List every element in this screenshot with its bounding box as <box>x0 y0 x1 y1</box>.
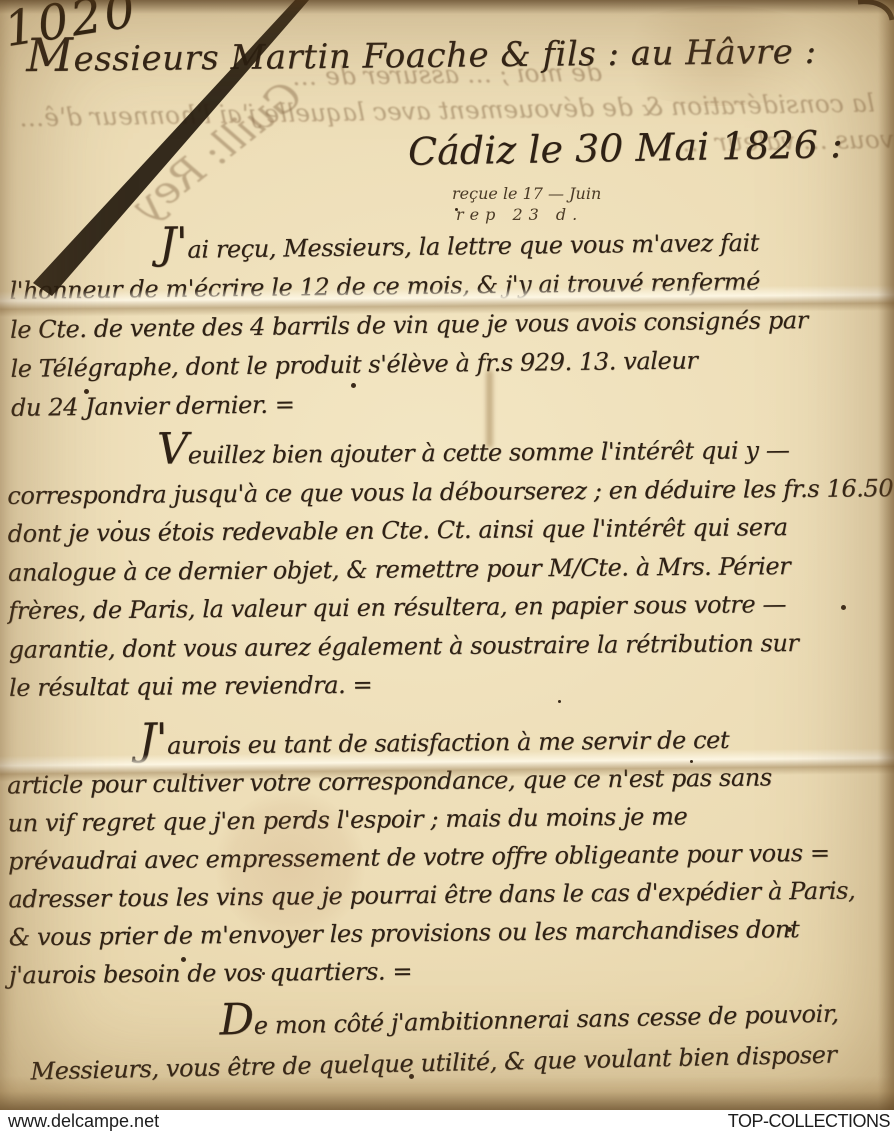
letter-line: j'aurois besoin de vos quartiers. = <box>9 948 856 995</box>
letter-line: le résultat qui me reviendra. = <box>9 661 894 707</box>
watermark-right: TOP-COLLECTIONS <box>728 1111 894 1132</box>
stain <box>600 6 840 106</box>
paper-top-edge <box>0 0 894 14</box>
received-note-line2: rep 23 d. <box>456 205 583 224</box>
dateline: Cádiz le 30 Mai 1826 : <box>408 122 844 174</box>
received-note-line1: reçue le 17 — Juin <box>452 184 601 203</box>
paragraph-3: J'aurois eu tant de satisfaction à me se… <box>7 720 857 995</box>
letter-scan: de moi ; … assurer de … la considération… <box>0 0 894 1132</box>
paragraph-2: Veuillez bien ajouter à cette somme l'in… <box>7 430 894 707</box>
paper-bottom-edge <box>0 1076 894 1110</box>
footer-bar: www.delcampe.net TOP-COLLECTIONS <box>0 1110 894 1132</box>
watermark-left: www.delcampe.net <box>0 1111 159 1132</box>
letter-line: garantie, dont vous aurez également à so… <box>9 623 894 669</box>
paper-right-edge <box>878 0 894 1110</box>
paragraph-1: J'ai reçu, Messieurs, la lettre que vous… <box>9 223 809 428</box>
stain <box>215 790 365 940</box>
letter-line: du 24 Janvier dernier. = <box>11 379 809 428</box>
fold-stain-vertical <box>486 370 493 448</box>
aged-paper: de moi ; … assurer de … la considération… <box>0 0 894 1110</box>
